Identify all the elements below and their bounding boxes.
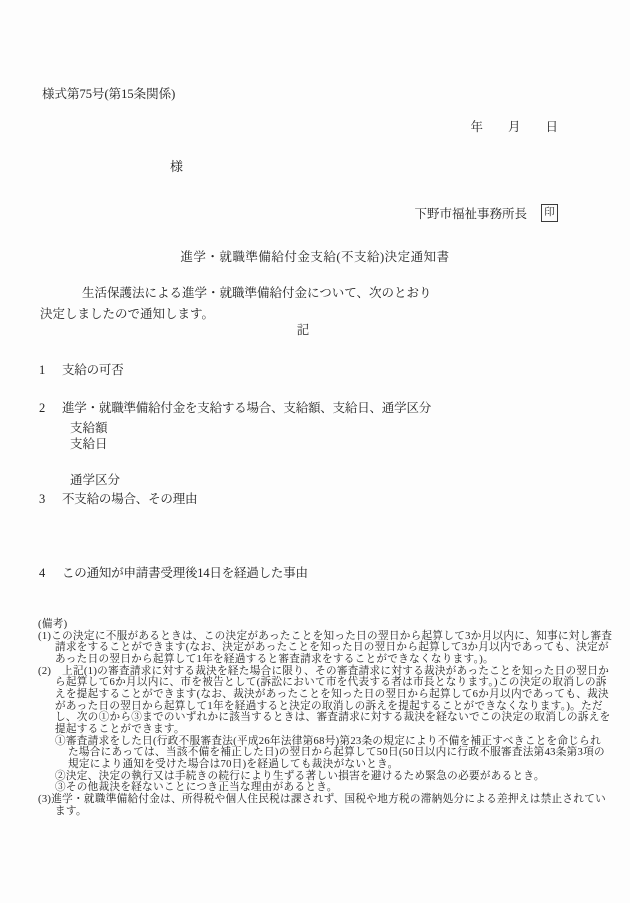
item-text: 支給の可否 [62, 363, 124, 377]
date-line: 年 月 日 [470, 117, 558, 135]
item-text: この通知が申請書受理後14日を経過した事由 [62, 566, 308, 580]
remarks-line: ②決定、決定の執行又は手続きの続行により生ずる著しい損害を避けるため緊急の必要が… [38, 771, 624, 783]
remarks-line: (2) 上記(1)の審査請求に対する裁決を経た場合に限り、その審査請求に対する裁… [38, 666, 624, 678]
remarks-line: あった日の翌日から起算して1年を経過すると審査請求をすることができなくなります。… [38, 654, 624, 666]
remarks-line: 提起することができます。 [38, 724, 624, 736]
item-payment-details: 2進学・就職準備給付金を支給する場合、支給額、支給日、通学区分 [39, 398, 431, 416]
document-title: 進学・就職準備給付金支給(不支給)決定通知書 [0, 247, 630, 265]
form-number: 様式第75号(第15条関係) [42, 84, 175, 102]
remarks-line: ます。 [38, 806, 624, 818]
official-seal-box: 印 [541, 204, 558, 222]
remarks-line: ら起算して6か月以内に、市を被告として(訴訟において市を代表する者は市長となりま… [38, 677, 624, 689]
remarks-heading: (備考) [38, 619, 624, 631]
remarks-line: 請求をすることができます(なお、決定があったことを知った日の翌日から起算して3か… [38, 642, 624, 654]
remarks-line: (1)この決定に不服があるときは、この決定があったことを知った日の翌日から起算し… [38, 631, 624, 643]
addressee-honorific: 様 [170, 156, 183, 175]
item-number: 3 [39, 492, 62, 507]
remarks-line: た場合にあっては、当該不備を補正した日)の翌日から起算して50日(50日以内に行… [38, 747, 624, 759]
intro-paragraph-line1: 生活保護法による進学・就職準備給付金について、次のとおり [82, 283, 432, 301]
item-text: 進学・就職準備給付金を支給する場合、支給額、支給日、通学区分 [62, 401, 431, 415]
item-delay-reason: 4この通知が申請書受理後14日を経過した事由 [39, 563, 308, 581]
remarks-section: (備考) (1)この決定に不服があるときは、この決定があったことを知った日の翌日… [38, 619, 624, 817]
item-number: 4 [39, 566, 62, 581]
item-nonpayment-reason: 3不支給の場合、その理由 [39, 489, 197, 507]
remarks-line: (3)進学・就職準備給付金は、所得税や個人住民税は課されず、国税や地方税の滞納処… [38, 794, 624, 806]
sub-item-commute-category: 通学区分 [70, 470, 120, 488]
remarks-line: ①審査請求をした日(行政不服審査法(平成26年法律第68号)第23条の規定により… [38, 736, 624, 748]
remarks-line: し、次の①から③までのいずれかに該当するときは、審査請求に対する裁決を経ないでこ… [38, 712, 624, 724]
item-number: 2 [39, 401, 62, 416]
sub-item-payment-date: 支給日 [70, 434, 108, 452]
remarks-line: えを提起することができます(なお、裁決があったことを知った日の翌日から起算して6… [38, 689, 624, 701]
ki-separator: 記 [0, 320, 606, 338]
issuer-row: 下野市福祉事務所長 印 [414, 204, 558, 222]
issuer-name: 下野市福祉事務所長 [414, 204, 527, 222]
item-payment-decision: 1支給の可否 [39, 360, 124, 378]
remarks-line: 規定により通知を受けた場合は70日)を経過しても裁決がないとき。 [38, 759, 624, 771]
item-text: 不支給の場合、その理由 [62, 492, 197, 506]
remarks-line: があった日の翌日から起算して1年を経過すると決定の取消しの訴えを提起することがで… [38, 701, 624, 713]
document-page: 様式第75号(第15条関係) 年 月 日 様 下野市福祉事務所長 印 進学・就職… [0, 0, 630, 903]
item-number: 1 [39, 363, 62, 378]
seal-glyph: 印 [544, 208, 555, 219]
remarks-line: ③その他裁決を経ないことにつき正当な理由があるとき。 [38, 782, 624, 794]
